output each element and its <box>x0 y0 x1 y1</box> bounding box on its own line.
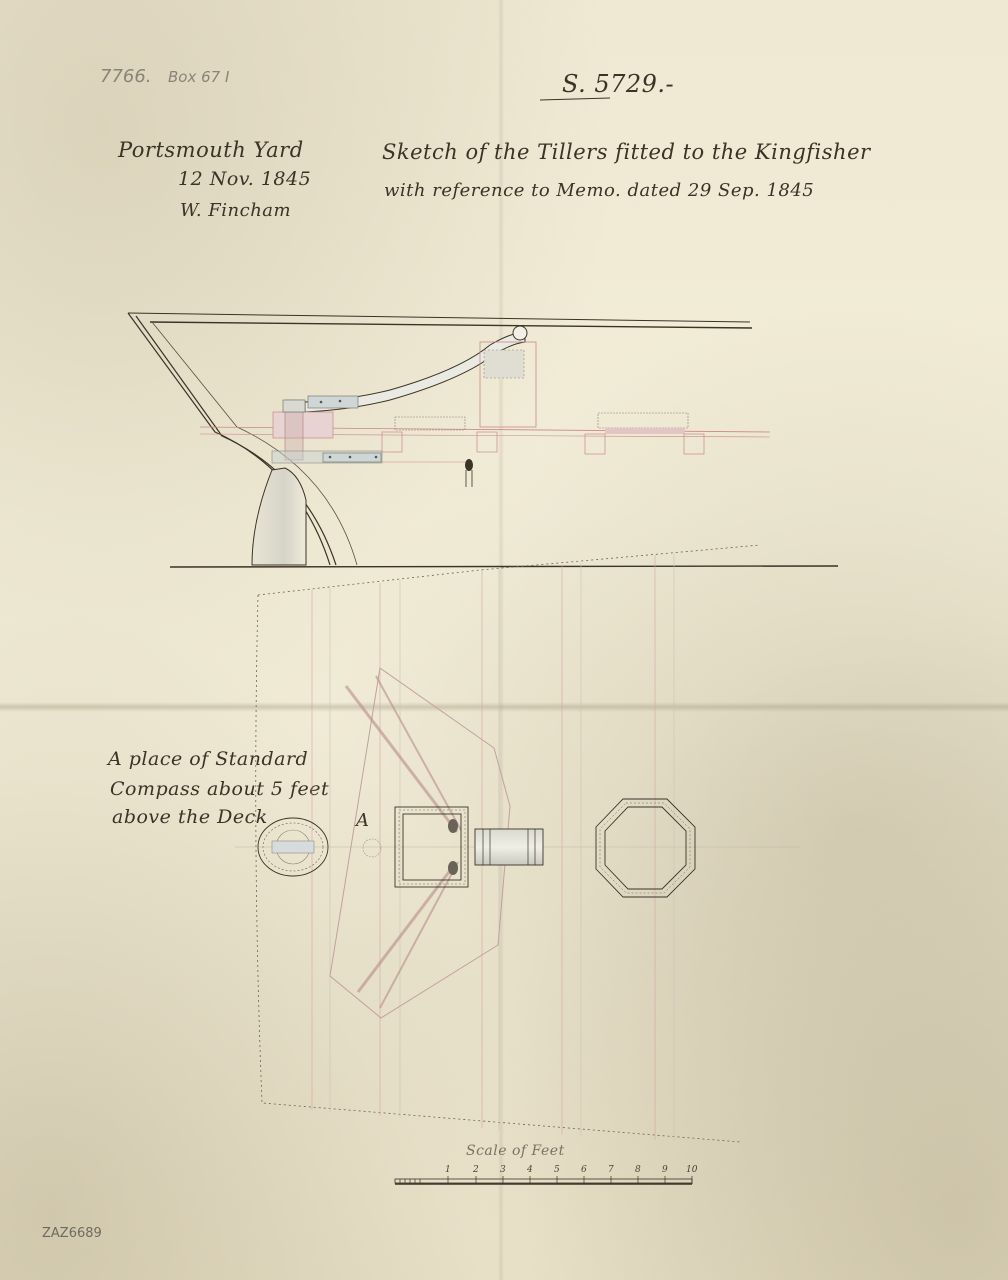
catalog-underline <box>540 98 610 100</box>
deck-plan <box>235 545 800 1142</box>
scale-tick-4: 4 <box>527 1165 533 1175</box>
scale-tick-9: 9 <box>662 1165 668 1175</box>
scale-tick-7: 7 <box>608 1165 614 1175</box>
scale-tick-8: 8 <box>635 1165 641 1175</box>
profile-elevation <box>128 313 838 567</box>
scale-tick-1: 1 <box>445 1165 451 1175</box>
scale-bar <box>395 1176 692 1184</box>
scale-tick-2: 2 <box>473 1165 479 1175</box>
scale-tick-5: 5 <box>554 1165 560 1175</box>
technical-drawing <box>0 0 1008 1280</box>
scale-tick-10: 10 <box>686 1165 697 1175</box>
scale-tick-6: 6 <box>581 1165 587 1175</box>
scale-tick-3: 3 <box>500 1165 506 1175</box>
